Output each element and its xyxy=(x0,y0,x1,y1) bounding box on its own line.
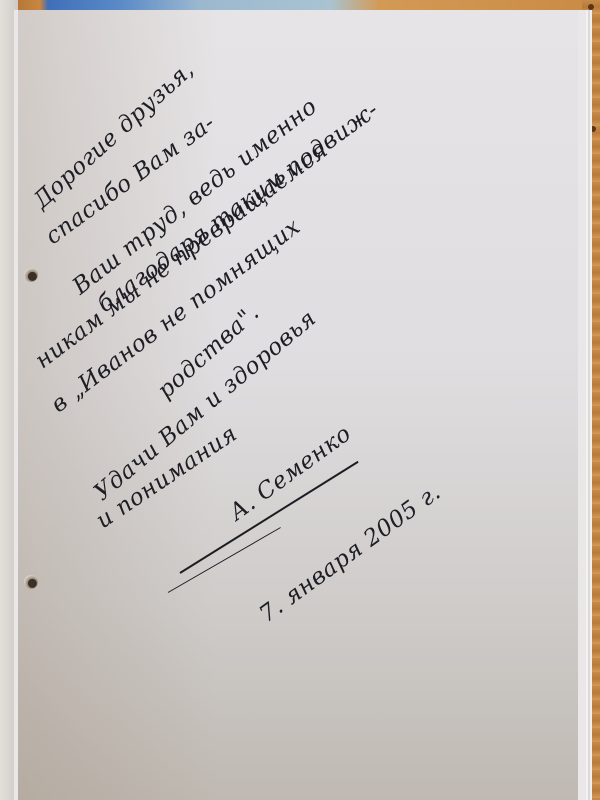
signature-stroke xyxy=(168,527,281,593)
wood-knot xyxy=(588,4,594,10)
guestbook-page: Дорогие друзья, спасибо Вам за- Ваш труд… xyxy=(18,10,578,800)
binder-hole-top xyxy=(24,268,38,282)
signature-date: 7. января 2005 г. xyxy=(255,479,446,628)
binder-hole-bottom xyxy=(24,575,38,589)
wood-knot xyxy=(590,126,596,132)
